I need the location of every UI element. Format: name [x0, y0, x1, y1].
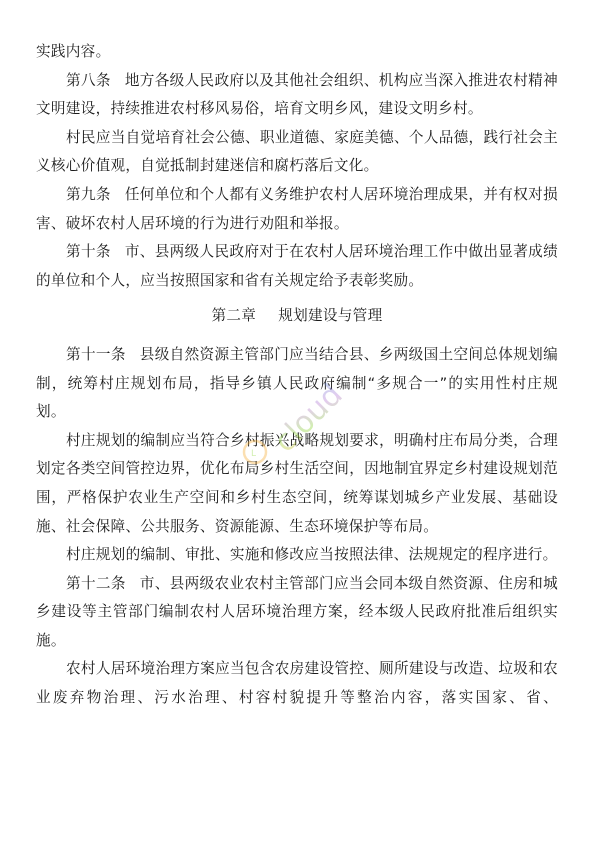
article-number: 第十条	[66, 243, 111, 260]
paragraph-village-planning: 村庄规划的编制应当符合乡村振兴战略规划要求，明确村庄布局分类，合理划定各类空间管…	[36, 427, 558, 541]
paragraph-treatment-plan: 农村人居环境治理方案应当包含农房建设管控、厕所建设与改造、垃圾和农业废弃物治理、…	[36, 655, 558, 712]
paragraph-text: 地方各级人民政府以及其他社会组织、机构应当深入推进农村精神文明建设，持续推进农村…	[36, 72, 558, 118]
document-page: 实践内容。 第八条地方各级人民政府以及其他社会组织、机构应当深入推进农村精神文明…	[36, 38, 558, 713]
paragraph-text: 村庄规划的编制、审批、实施和修改应当按照法律、法规规定的程序进行。	[66, 546, 558, 563]
paragraph-continuation: 实践内容。	[36, 38, 558, 67]
chapter-number: 第二章	[212, 307, 257, 324]
paragraph-text: 任何单位和个人都有义务维护农村人居环境治理成果，并有权对损害、破坏农村人居环境的…	[36, 186, 558, 232]
paragraph-text: 村庄规划的编制应当符合乡村振兴战略规划要求，明确村庄布局分类，合理划定各类空间管…	[36, 432, 558, 535]
article-number: 第九条	[66, 186, 111, 203]
paragraph-text: 实践内容。	[36, 43, 110, 60]
paragraph-villager-morals: 村民应当自觉培育社会公德、职业道德、家庭美德、个人品德，践行社会主义核心价值观，…	[36, 124, 558, 181]
article-number: 第十二条	[66, 575, 126, 592]
paragraph-text: 农村人居环境治理方案应当包含农房建设管控、厕所建设与改造、垃圾和农业废弃物治理、…	[36, 660, 558, 706]
article-12: 第十二条市、县两级农业农村主管部门应当会同本级自然资源、住房和城乡建设等主管部门…	[36, 570, 558, 656]
article-10: 第十条市、县两级人民政府对于在农村人居环境治理工作中做出显著成绩的单位和个人，应…	[36, 238, 558, 295]
chapter-heading: 第二章规划建设与管理	[36, 302, 558, 331]
paragraph-text: 村民应当自觉培育社会公德、职业道德、家庭美德、个人品德，践行社会主义核心价值观，…	[36, 129, 558, 175]
article-number: 第十一条	[66, 346, 126, 363]
paragraph-planning-procedure: 村庄规划的编制、审批、实施和修改应当按照法律、法规规定的程序进行。	[36, 541, 558, 570]
chapter-title: 规划建设与管理	[278, 307, 382, 324]
paragraph-text: 市、县两级人民政府对于在农村人居环境治理工作中做出显著成绩的单位和个人，应当按照…	[36, 243, 558, 289]
article-9: 第九条任何单位和个人都有义务维护农村人居环境治理成果，并有权对损害、破坏农村人居…	[36, 181, 558, 238]
article-11: 第十一条县级自然资源主管部门应当结合县、乡两级国土空间总体规划编制，统筹村庄规划…	[36, 341, 558, 427]
article-number: 第八条	[66, 72, 111, 89]
article-8: 第八条地方各级人民政府以及其他社会组织、机构应当深入推进农村精神文明建设，持续推…	[36, 67, 558, 124]
